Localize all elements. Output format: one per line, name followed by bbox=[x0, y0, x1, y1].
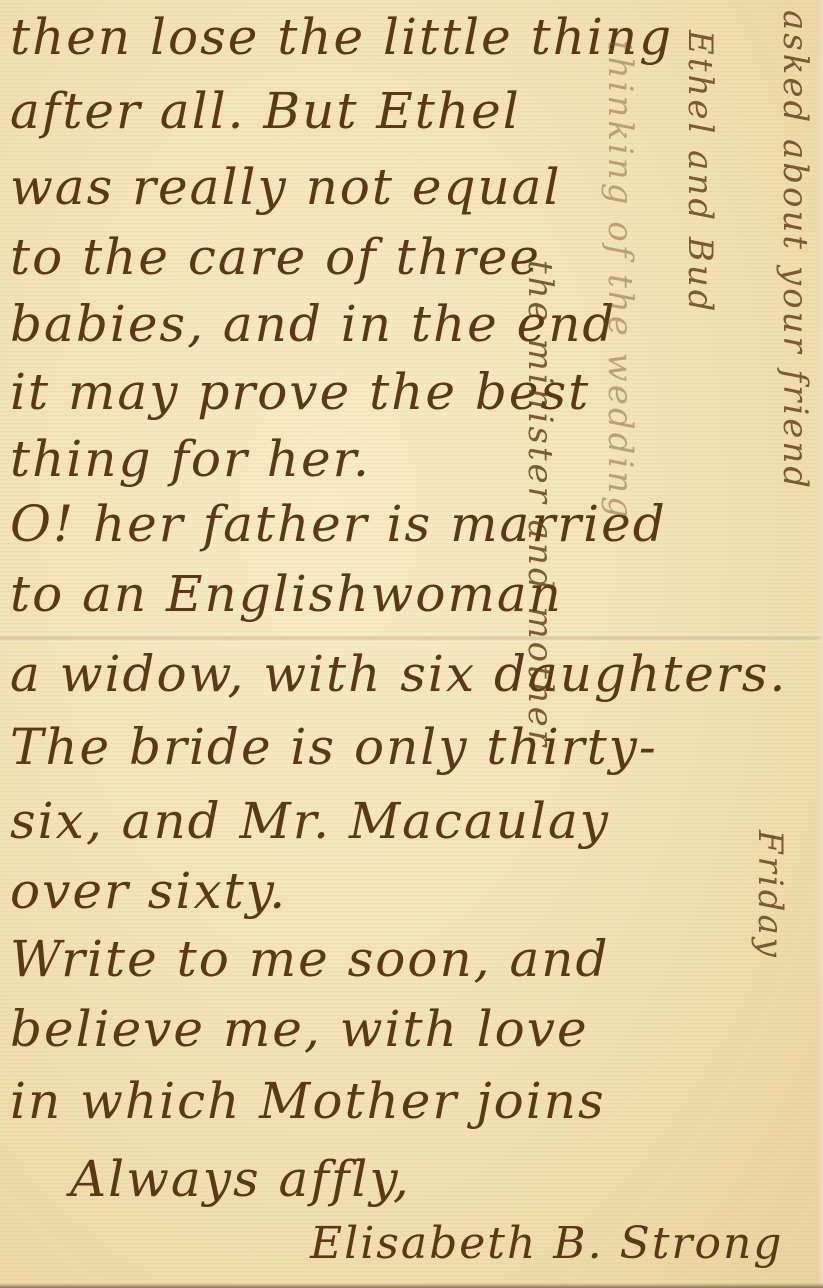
cross-writing-column-1: asked about your friend bbox=[775, 10, 815, 491]
letter-line-1: then lose the little thing bbox=[10, 8, 673, 66]
letter-closing: Always affly, bbox=[70, 1150, 411, 1208]
letter-line-15: believe me, with love bbox=[10, 1000, 589, 1058]
letter-line-16: in which Mother joins bbox=[10, 1072, 606, 1130]
cross-writing-column-4: the minister and mother bbox=[520, 260, 560, 749]
letter-signature: Elisabeth B. Strong bbox=[310, 1218, 783, 1269]
letter-line-11: The bride is only thirty- bbox=[10, 718, 658, 776]
cross-writing-column-5: Friday bbox=[750, 830, 790, 960]
paper-bottom-edge bbox=[0, 1283, 823, 1288]
letter-page: then lose the little thing after all. Bu… bbox=[0, 0, 823, 1288]
letter-line-7: thing for her. bbox=[10, 430, 371, 488]
paper-right-edge bbox=[817, 0, 823, 1288]
letter-line-2: after all. But Ethel bbox=[10, 82, 521, 140]
letter-line-10: a widow, with six daughters. bbox=[10, 645, 787, 703]
letter-line-4: to the care of three bbox=[10, 228, 541, 286]
letter-line-6: it may prove the best bbox=[10, 363, 590, 421]
paper-fold-crease bbox=[0, 634, 823, 642]
letter-line-13: over sixty. bbox=[10, 862, 287, 920]
letter-line-12: six, and Mr. Macaulay bbox=[10, 792, 610, 850]
letter-line-3: was really not equal bbox=[10, 158, 561, 216]
cross-writing-column-3: thinking of the wedding bbox=[600, 40, 640, 521]
letter-line-8: O! her father is married bbox=[10, 495, 667, 553]
cross-writing-column-2: Ethel and Bud bbox=[680, 30, 720, 315]
letter-line-14: Write to me soon, and bbox=[10, 930, 609, 988]
letter-line-9: to an Englishwoman bbox=[10, 565, 563, 623]
